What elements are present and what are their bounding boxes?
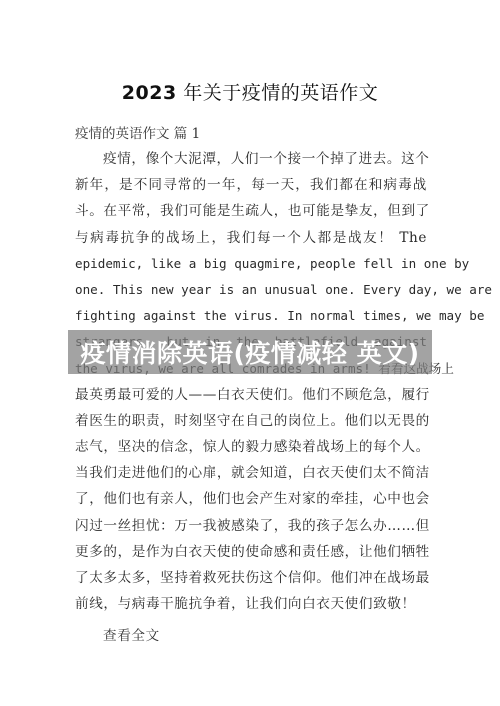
body-line: 着医生的职责，时刻坚守在自己的岗位上。他们以无畏的 xyxy=(75,408,427,434)
body-line: 新年，是不同寻常的一年，每一天，我们都在和病毒战 xyxy=(75,172,427,198)
body-line: epidemic, like a big quagmire, people fe… xyxy=(75,251,427,277)
body-line: one. This new year is an unusual one. Ev… xyxy=(75,277,427,303)
body-line: 更多的，是作为白衣天使的使命感和责任感，让他们牺牲 xyxy=(75,539,427,565)
title-overlay-banner: 疫情消除英语(疫情减轻 英文) xyxy=(68,330,432,374)
body-line: 疫情，像个大泥潭，人们一个接一个掉了进去。这个 xyxy=(75,146,427,172)
essay-body: 疫情，像个大泥潭，人们一个接一个掉了进去。这个 新年，是不同寻常的一年，每一天，… xyxy=(75,146,427,617)
body-line: 与病毒抗争的战场上，我们每一个人都是战友！ The xyxy=(75,225,427,251)
title-year: 2023 xyxy=(122,82,177,104)
view-full-text-link[interactable]: 查看全文 xyxy=(103,624,160,644)
body-line: fighting against the virus. In normal ti… xyxy=(75,303,427,329)
section-heading: 疫情的英语作文 篇 1 xyxy=(75,122,200,142)
body-line: 闪过一丝担忧：万一我被感染了，我的孩子怎么办……但 xyxy=(75,513,427,539)
body-line: 志气，坚决的信念，惊人的毅力感染着战场上的每个人。 xyxy=(75,434,427,460)
body-line: 当我们走进他们的心扉，就会知道，白衣天使们太不简洁 xyxy=(75,460,427,486)
overlay-banner-text: 疫情消除英语(疫情减轻 英文) xyxy=(80,334,419,370)
document-title: 2023 年关于疫情的英语作文 xyxy=(0,78,500,105)
body-line: 了，他们也有亲人，他们也会产生对家的牵挂，心中也会 xyxy=(75,486,427,512)
body-line: 前线，与病毒干脆抗争着，让我们向白衣天使们致敬！ xyxy=(75,591,427,617)
body-line: 最英勇最可爱的人——白衣天使们。他们不顾危急，履行 xyxy=(75,382,427,408)
body-line: 了太多太多，坚持着救死扶伤这个信仰。他们冲在战场最 xyxy=(75,565,427,591)
body-line: 斗。在平常，我们可能是生疏人，也可能是挚友，但到了 xyxy=(75,198,427,224)
document-page: 2023 年关于疫情的英语作文 疫情的英语作文 篇 1 疫情，像个大泥潭，人们一… xyxy=(0,0,500,706)
title-text: 年关于疫情的英语作文 xyxy=(177,82,379,104)
